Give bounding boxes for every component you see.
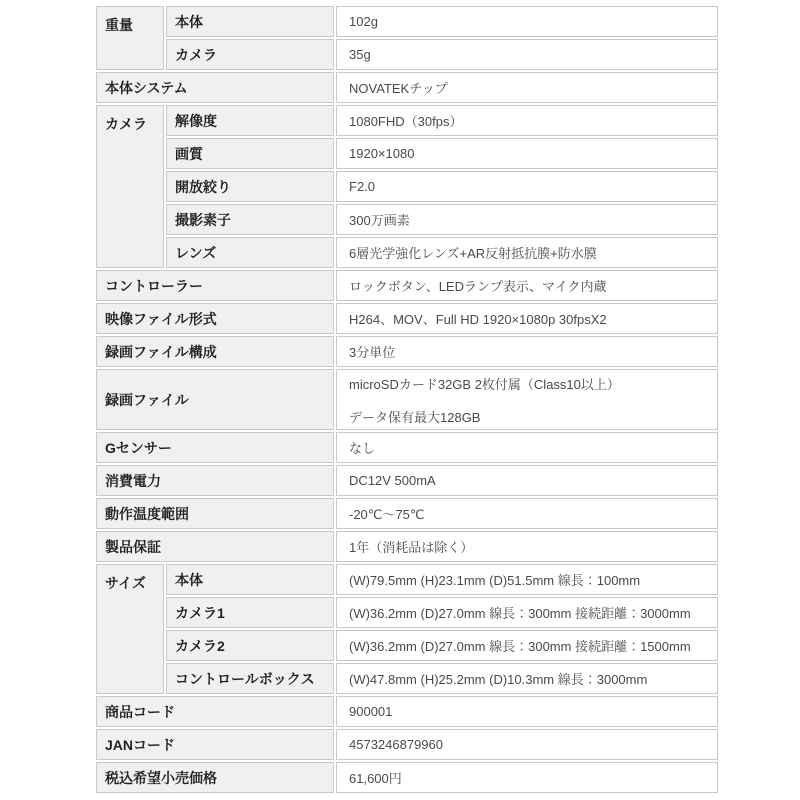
table-row: コントロールボックス (W)47.8mm (H)25.2mm (D)10.3mm… — [96, 663, 718, 694]
spec-value-cell: H264、MOV、Full HD 1920×1080p 30fpsX2 — [336, 303, 718, 334]
spec-group-cell: カメラ — [96, 105, 164, 268]
spec-label-cell: Gセンサー — [96, 432, 334, 463]
table-row: カメラ 35g — [96, 39, 718, 70]
spec-label-cell: 開放絞り — [166, 171, 334, 202]
spec-label-cell: 本体 — [166, 6, 334, 37]
table-row: 録画ファイル構成 3分単位 — [96, 336, 718, 367]
spec-value-cell: 35g — [336, 39, 718, 70]
spec-label-cell: カメラ — [166, 39, 334, 70]
table-row: 製品保証 1年（消耗品は除く） — [96, 531, 718, 562]
spec-label-cell: コントローラー — [96, 270, 334, 301]
spec-value-cell: 900001 — [336, 696, 718, 727]
spec-label-cell: 消費電力 — [96, 465, 334, 496]
spec-label-cell: 商品コード — [96, 696, 334, 727]
spec-label-cell: 本体システム — [96, 72, 334, 103]
table-row: 録画ファイル microSDカード32GB 2枚付属（Class10以上） デー… — [96, 369, 718, 430]
spec-label-cell: 製品保証 — [96, 531, 334, 562]
spec-label-cell: 録画ファイル構成 — [96, 336, 334, 367]
spec-page: 重量 本体 102g カメラ 35g 本体システム NOVATEKチップ カメラ… — [0, 0, 800, 800]
table-row: レンズ 6層光学強化レンズ+AR反射抵抗膜+防水膜 — [96, 237, 718, 268]
table-row: 画質 1920×1080 — [96, 138, 718, 169]
table-row: 消費電力 DC12V 500mA — [96, 465, 718, 496]
spec-label-cell: 録画ファイル — [96, 369, 334, 430]
spec-value-cell: NOVATEKチップ — [336, 72, 718, 103]
table-row: 本体システム NOVATEKチップ — [96, 72, 718, 103]
spec-value-cell: 102g — [336, 6, 718, 37]
spec-value-cell: F2.0 — [336, 171, 718, 202]
spec-label-cell: 本体 — [166, 564, 334, 595]
spec-table: 重量 本体 102g カメラ 35g 本体システム NOVATEKチップ カメラ… — [94, 4, 720, 795]
table-row: 商品コード 900001 — [96, 696, 718, 727]
spec-label-cell: 画質 — [166, 138, 334, 169]
spec-label-cell: JANコード — [96, 729, 334, 760]
table-row: Gセンサー なし — [96, 432, 718, 463]
spec-label-cell: レンズ — [166, 237, 334, 268]
spec-label-cell: コントロールボックス — [166, 663, 334, 694]
table-row: カメラ1 (W)36.2mm (D)27.0mm 線長：300mm 接続距離：3… — [96, 597, 718, 628]
spec-label-cell: 税込希望小売価格 — [96, 762, 334, 793]
spec-label-cell: 撮影素子 — [166, 204, 334, 235]
table-row: 重量 本体 102g — [96, 6, 718, 37]
spec-value-line: データ保有最大128GB — [349, 407, 711, 426]
spec-group-cell: サイズ — [96, 564, 164, 694]
table-row: コントローラー ロックボタン、LEDランプ表示、マイク内蔵 — [96, 270, 718, 301]
spec-value-cell: 6層光学強化レンズ+AR反射抵抗膜+防水膜 — [336, 237, 718, 268]
spec-value-cell: (W)36.2mm (D)27.0mm 線長：300mm 接続距離：3000mm — [336, 597, 718, 628]
table-row: 税込希望小売価格 61,600円 — [96, 762, 718, 793]
spec-value-cell: ロックボタン、LEDランプ表示、マイク内蔵 — [336, 270, 718, 301]
spec-value-cell: -20℃～75℃ — [336, 498, 718, 529]
spec-label-cell: カメラ1 — [166, 597, 334, 628]
spec-value-cell: (W)47.8mm (H)25.2mm (D)10.3mm 線長：3000mm — [336, 663, 718, 694]
spec-value-cell: 3分単位 — [336, 336, 718, 367]
table-row: 開放絞り F2.0 — [96, 171, 718, 202]
spec-label-cell: 動作温度範囲 — [96, 498, 334, 529]
spec-value-cell: 1920×1080 — [336, 138, 718, 169]
spec-value-cell: 61,600円 — [336, 762, 718, 793]
spec-label-cell: 解像度 — [166, 105, 334, 136]
spec-value-cell: 1年（消耗品は除く） — [336, 531, 718, 562]
spec-value-cell: 1080FHD（30fps） — [336, 105, 718, 136]
spec-group-cell: 重量 — [96, 6, 164, 70]
table-row: サイズ 本体 (W)79.5mm (H)23.1mm (D)51.5mm 線長：… — [96, 564, 718, 595]
spec-value-line: microSDカード32GB 2枚付属（Class10以上） — [349, 374, 711, 393]
spec-value-cell: 300万画素 — [336, 204, 718, 235]
table-row: 映像ファイル形式 H264、MOV、Full HD 1920×1080p 30f… — [96, 303, 718, 334]
spec-value-cell: 4573246879960 — [336, 729, 718, 760]
spec-label-cell: 映像ファイル形式 — [96, 303, 334, 334]
table-row: 動作温度範囲 -20℃～75℃ — [96, 498, 718, 529]
spec-label-cell: カメラ2 — [166, 630, 334, 661]
spec-value-cell: microSDカード32GB 2枚付属（Class10以上） データ保有最大12… — [336, 369, 718, 430]
table-row: JANコード 4573246879960 — [96, 729, 718, 760]
table-row: 撮影素子 300万画素 — [96, 204, 718, 235]
spec-value-cell: (W)36.2mm (D)27.0mm 線長：300mm 接続距離：1500mm — [336, 630, 718, 661]
spec-value-cell: (W)79.5mm (H)23.1mm (D)51.5mm 線長：100mm — [336, 564, 718, 595]
table-row: カメラ 解像度 1080FHD（30fps） — [96, 105, 718, 136]
spec-value-cell: DC12V 500mA — [336, 465, 718, 496]
spec-value-cell: なし — [336, 432, 718, 463]
table-row: カメラ2 (W)36.2mm (D)27.0mm 線長：300mm 接続距離：1… — [96, 630, 718, 661]
